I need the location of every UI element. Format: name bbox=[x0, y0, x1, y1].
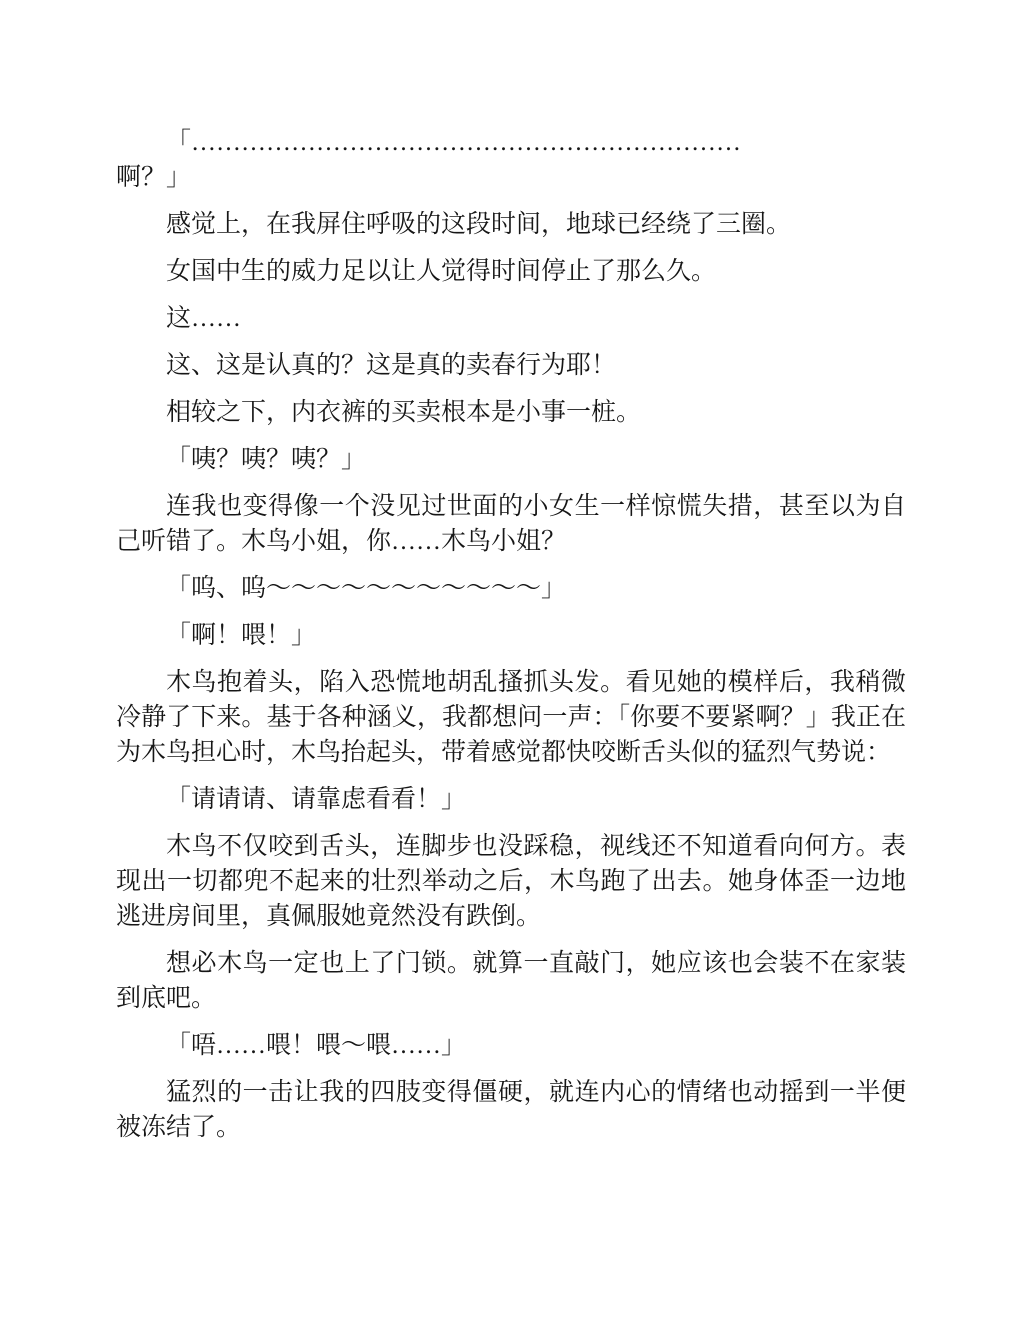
paragraph: 猛烈的一击让我的四肢变得僵硬，就连内心的情绪也动摇到一半便被冻结了。 bbox=[116, 1075, 906, 1145]
paragraph: 「请请请、请靠虑看看！」 bbox=[116, 782, 906, 817]
paragraph: 「呜、呜～～～～～～～～～～～」 bbox=[116, 571, 906, 606]
paragraph: 相较之下，内衣裤的买卖根本是小事一桩。 bbox=[116, 395, 906, 430]
text-column: 「………………………………………………………… 啊？」感觉上，在我屏住呼吸的这段… bbox=[116, 125, 906, 1157]
paragraph: 「咦？咦？咦？」 bbox=[116, 442, 906, 477]
paragraph: 连我也变得像一个没见过世面的小女生一样惊慌失措，甚至以为自己听错了。木鸟小姐，你… bbox=[116, 489, 906, 559]
paragraph: 想必木鸟一定也上了门锁。就算一直敲门，她应该也会装不在家装到底吧。 bbox=[116, 946, 906, 1016]
paragraph: 这、这是认真的？这是真的卖春行为耶！ bbox=[116, 348, 906, 383]
paragraph: 感觉上，在我屏住呼吸的这段时间，地球已经绕了三圈。 bbox=[116, 207, 906, 242]
paragraph: 「………………………………………………………… 啊？」 bbox=[116, 125, 906, 195]
document-page: 「………………………………………………………… 啊？」感觉上，在我屏住呼吸的这段… bbox=[0, 0, 1020, 1320]
paragraph: 女国中生的威力足以让人觉得时间停止了那么久。 bbox=[116, 254, 906, 289]
paragraph: 木鸟不仅咬到舌头，连脚步也没踩稳，视线还不知道看向何方。表现出一切都兜不起来的壮… bbox=[116, 829, 906, 934]
paragraph: 「啊！喂！」 bbox=[116, 618, 906, 653]
paragraph: 木鸟抱着头，陷入恐慌地胡乱搔抓头发。看见她的模样后，我稍微冷静了下来。基于各种涵… bbox=[116, 665, 906, 770]
paragraph: 「唔……喂！喂～喂……」 bbox=[116, 1028, 906, 1063]
paragraph: 这…… bbox=[116, 301, 906, 336]
